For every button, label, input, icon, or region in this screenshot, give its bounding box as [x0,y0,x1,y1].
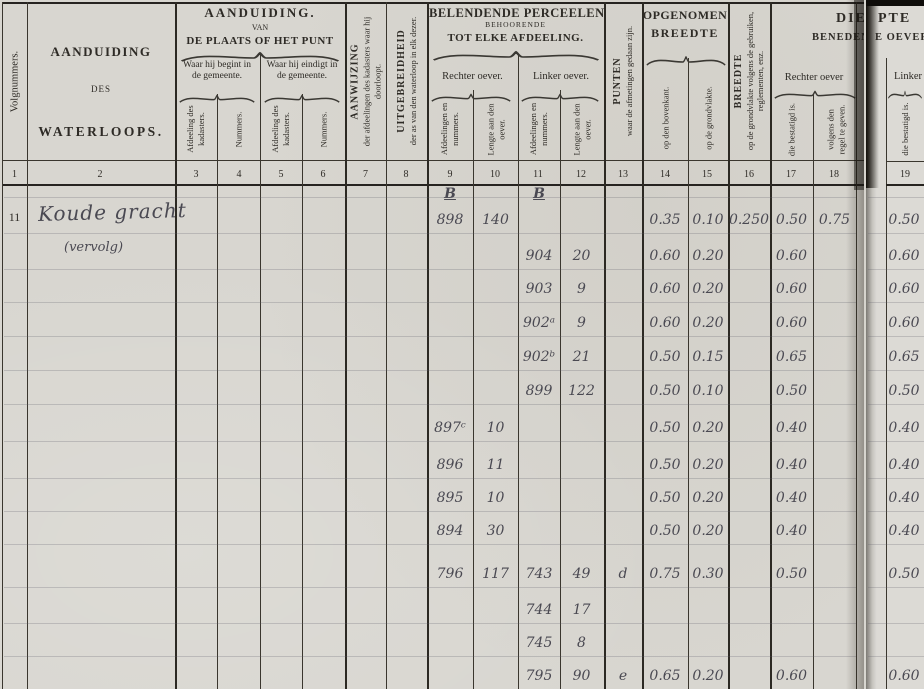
cell-c10: 10 [473,487,518,509]
ruled-line [4,441,856,442]
cell-c15: 0.10 [688,380,728,402]
ruled-line [4,336,856,337]
cell-c15: 0.15 [688,346,728,368]
cell-c17: 0.40 [770,417,813,439]
cell-c17: 0.40 [770,520,813,542]
column-line [813,94,814,689]
col-number-5: 5 [269,169,293,181]
cell-c12: 20 [560,245,603,267]
col-number-15: 15 [695,169,719,181]
ruled-line [4,233,856,234]
cell-c19: 0.60 [884,245,924,267]
cell-c15: 0.20 [688,312,728,334]
col-number-12: 12 [569,169,593,181]
cell-c14: 0.60 [642,312,688,334]
plaats-group-title: AANDUIDING. [177,6,343,21]
cell-c17: 0.50 [770,380,813,402]
ruled-line [868,478,924,479]
cell-c19: 0.40 [884,520,924,542]
col-number-14: 14 [653,169,677,181]
diepte-rechter-header: Rechter oever [770,72,858,84]
brace-icon [888,89,922,99]
cell-c12: 8 [560,632,603,654]
cell-c10: 11 [473,454,518,476]
cell-c17: 0.50 [770,209,813,231]
belendende-title: BELENDENDE PERCEELEN [429,6,602,20]
ruled-line [868,587,924,588]
cell-c9: 895 [427,487,473,509]
ruled-line [868,302,924,303]
col10-header: Lengte aan den oever. [473,100,518,158]
cell-c17: 0.40 [770,454,813,476]
cell-c17: 0.60 [770,312,813,334]
cell-c15: 0.20 [688,417,728,439]
cell-c19: 0.65 [884,346,924,368]
linker-oever-header-right: Linker oever. [894,71,924,83]
col-number-7: 7 [354,169,378,181]
col6-header: Nummers. [302,100,345,158]
page-fold-shadow-top [854,0,864,190]
cell-c10: 117 [473,563,518,585]
col5-header: Afdeeling des kadasters. [260,100,302,158]
ruled-line [4,269,856,270]
diepte-title-fragment: PTE [878,11,911,27]
section-mark-col11: B [518,186,560,202]
ruled-line [868,370,924,371]
cell-c12: 17 [560,599,603,621]
col-number-13: 13 [611,169,635,181]
cell-c11: 899 [518,380,560,402]
col15-header: op de grondvlakte. [688,70,728,165]
cell-c15: 0.20 [688,278,728,300]
belendende-behoorende: BEHOORENDE [429,21,602,30]
waterway-name: Koude gracht [38,198,187,226]
left-page: Volgnummers. AANDUIDING DES WATERLOOPS. … [0,0,864,689]
right-page-edge-shadow-top [866,0,879,188]
plaats-group-van: VAN [177,23,343,32]
cell-c10: 140 [473,209,518,231]
cell-c14: 0.35 [642,209,688,231]
column-line [473,90,474,689]
col-number-11: 11 [526,169,550,181]
cell-c19: 0.50 [884,563,924,585]
brace-icon [774,89,856,99]
cell-c19: 0.40 [884,454,924,476]
cell-c11: 903 [518,278,560,300]
cell-c9: 896 [427,454,473,476]
plaats-group-subtitle: DE PLAATS OF HET PUNT [177,35,343,48]
cell-c11: 743 [518,563,560,585]
waterway-name-suffix: (vervolg) [64,240,123,255]
cell-c15: 0.10 [688,209,728,231]
col4-header: Nummers. [218,100,261,158]
ruled-line [4,404,856,405]
ruled-line [4,511,856,512]
col-number-2: 2 [88,169,112,181]
ruled-line [868,336,924,337]
col-number-9: 9 [438,169,462,181]
col11-header: Afdeelingen en nummers. [518,100,560,158]
col17-header: die bestatigd is. [770,100,813,158]
cell-c19: 0.40 [884,487,924,509]
col8-header: UITGEBREIDHEIDder as van den waterloop i… [386,6,428,156]
brace-icon [646,54,726,66]
ruled-line [868,441,924,442]
column-line [886,58,887,689]
cell-c11: 902ᵇ [518,346,560,368]
cell-c14: 0.50 [642,487,688,509]
cell-c14: 0.65 [642,665,688,687]
cell-c9: 894 [427,520,473,542]
cell-c14: 0.60 [642,278,688,300]
col2-title: AANDUIDING [30,45,172,60]
cell-c14: 0.50 [642,380,688,402]
rechter-oever-header: Rechter oever. [427,71,518,83]
column-line [217,94,218,689]
cell-c13: e [604,665,642,687]
column-line [302,94,303,689]
cell-c11: 904 [518,245,560,267]
col2-des: DES [30,84,172,94]
cell-c12: 122 [560,380,603,402]
cell-c19: 0.50 [884,380,924,402]
col-number-8: 8 [394,169,418,181]
begin-header: Waar hij begint in de gemeente. [179,60,255,82]
col13-header: PUNTENwaar de afmetingen gedaan zijn. [604,6,642,156]
cell-c10: 30 [473,520,518,542]
breedte-title: BREEDTE [642,27,728,41]
col1-header: Volgnummers. [2,6,27,156]
col-number-17: 17 [779,169,803,181]
ruled-line [4,623,856,624]
cell-c14: 0.75 [642,563,688,585]
section-mark-col9: B [427,186,473,202]
cell-c10: 10 [473,417,518,439]
belendende-subtitle: TOT ELKE AFDEELING. [429,32,602,45]
ruled-line [868,656,924,657]
right-page-top-border [866,0,924,6]
cell-c11: 902ᵃ [518,312,560,334]
cell-c14: 0.50 [642,417,688,439]
cell-c15: 0.20 [688,520,728,542]
col-number-3: 3 [184,169,208,181]
table-top-border [2,2,864,4]
cell-c19: 0.60 [884,312,924,334]
cell-c12: 9 [560,278,603,300]
cell-c15: 0.20 [688,245,728,267]
scanned-register-page: Volgnummers. AANDUIDING DES WATERLOOPS. … [0,0,924,689]
cell-c11: 795 [518,665,560,687]
cell-c19: 0.40 [884,417,924,439]
volgnummer: 11 [2,211,27,225]
ruled-line [4,544,856,545]
ruled-line [868,404,924,405]
brace-icon [432,49,600,61]
ruled-line [4,302,856,303]
cell-c17: 0.65 [770,346,813,368]
cell-c14: 0.50 [642,454,688,476]
cell-c14: 0.50 [642,520,688,542]
col-number-6: 6 [311,169,335,181]
col12-header: Lengte aan den oever. [560,100,603,158]
ruled-line [868,623,924,624]
cell-c19: 0.50 [884,209,924,231]
cell-c15: 0.20 [688,454,728,476]
cell-c17: 0.40 [770,487,813,509]
header-separator-line [2,160,864,161]
ruled-line [868,233,924,234]
ruled-line [868,269,924,270]
col-number-16: 16 [737,169,761,181]
cell-c9: 898 [427,209,473,231]
cell-c15: 0.20 [688,665,728,687]
col-number-19: 19 [893,169,917,181]
right-page: PTE E OEVER Linker oever. die bestatigd … [866,0,924,689]
cell-c19: 0.60 [884,278,924,300]
col3-header: Afdeeling des kadasters. [175,100,217,158]
cell-c12: 49 [560,563,603,585]
ruled-line [4,587,856,588]
cell-c17: 0.60 [770,665,813,687]
cell-c17: 0.60 [770,245,813,267]
ruled-line [4,370,856,371]
opgenomen-title: OPGENOMEN [642,9,728,23]
cell-c14: 0.60 [642,245,688,267]
ruled-line [4,197,856,198]
col2-waterloops: WATERLOOPS. [30,124,172,140]
ruled-line [868,197,924,198]
ruled-line [868,544,924,545]
col-number-18: 18 [822,169,846,181]
cell-c11: 744 [518,599,560,621]
cell-c16: 0.250 [728,209,770,231]
cell-c15: 0.30 [688,563,728,585]
cell-c12: 9 [560,312,603,334]
cell-c17: 0.50 [770,563,813,585]
col7-header: AANWIJZINGder afdeelingen des kadasters … [345,6,386,156]
cell-c17: 0.60 [770,278,813,300]
col-number-1: 1 [3,169,27,181]
ruled-line [868,511,924,512]
col14-header: op den bovenkant. [642,70,688,165]
header-separator-line [886,161,924,162]
ruled-line [4,478,856,479]
cell-c14: 0.50 [642,346,688,368]
col-number-4: 4 [227,169,251,181]
col-number-10: 10 [483,169,507,181]
col19-header: die bestatigd is. [886,100,924,158]
col16-header: BREEDTEop de grondvlakte volgens de gebr… [728,6,770,156]
col9-header: Afdeelingen en nummers. [427,100,473,158]
oever-title-fragment: E OEVER [875,32,924,44]
cell-c12: 90 [560,665,603,687]
cell-c19: 0.60 [884,665,924,687]
cell-c12: 21 [560,346,603,368]
eind-header: Waar hij eindigt in de gemeente. [264,60,340,82]
ruled-line [4,656,856,657]
cell-c9: 796 [427,563,473,585]
cell-c13: d [604,563,642,585]
numbers-separator-line [886,184,924,186]
cell-c15: 0.20 [688,487,728,509]
cell-c9: 897ᶜ [427,417,473,439]
linker-oever-header: Linker oever. [518,71,604,83]
col1-label: Volgnummers. [9,6,20,156]
cell-c11: 745 [518,632,560,654]
